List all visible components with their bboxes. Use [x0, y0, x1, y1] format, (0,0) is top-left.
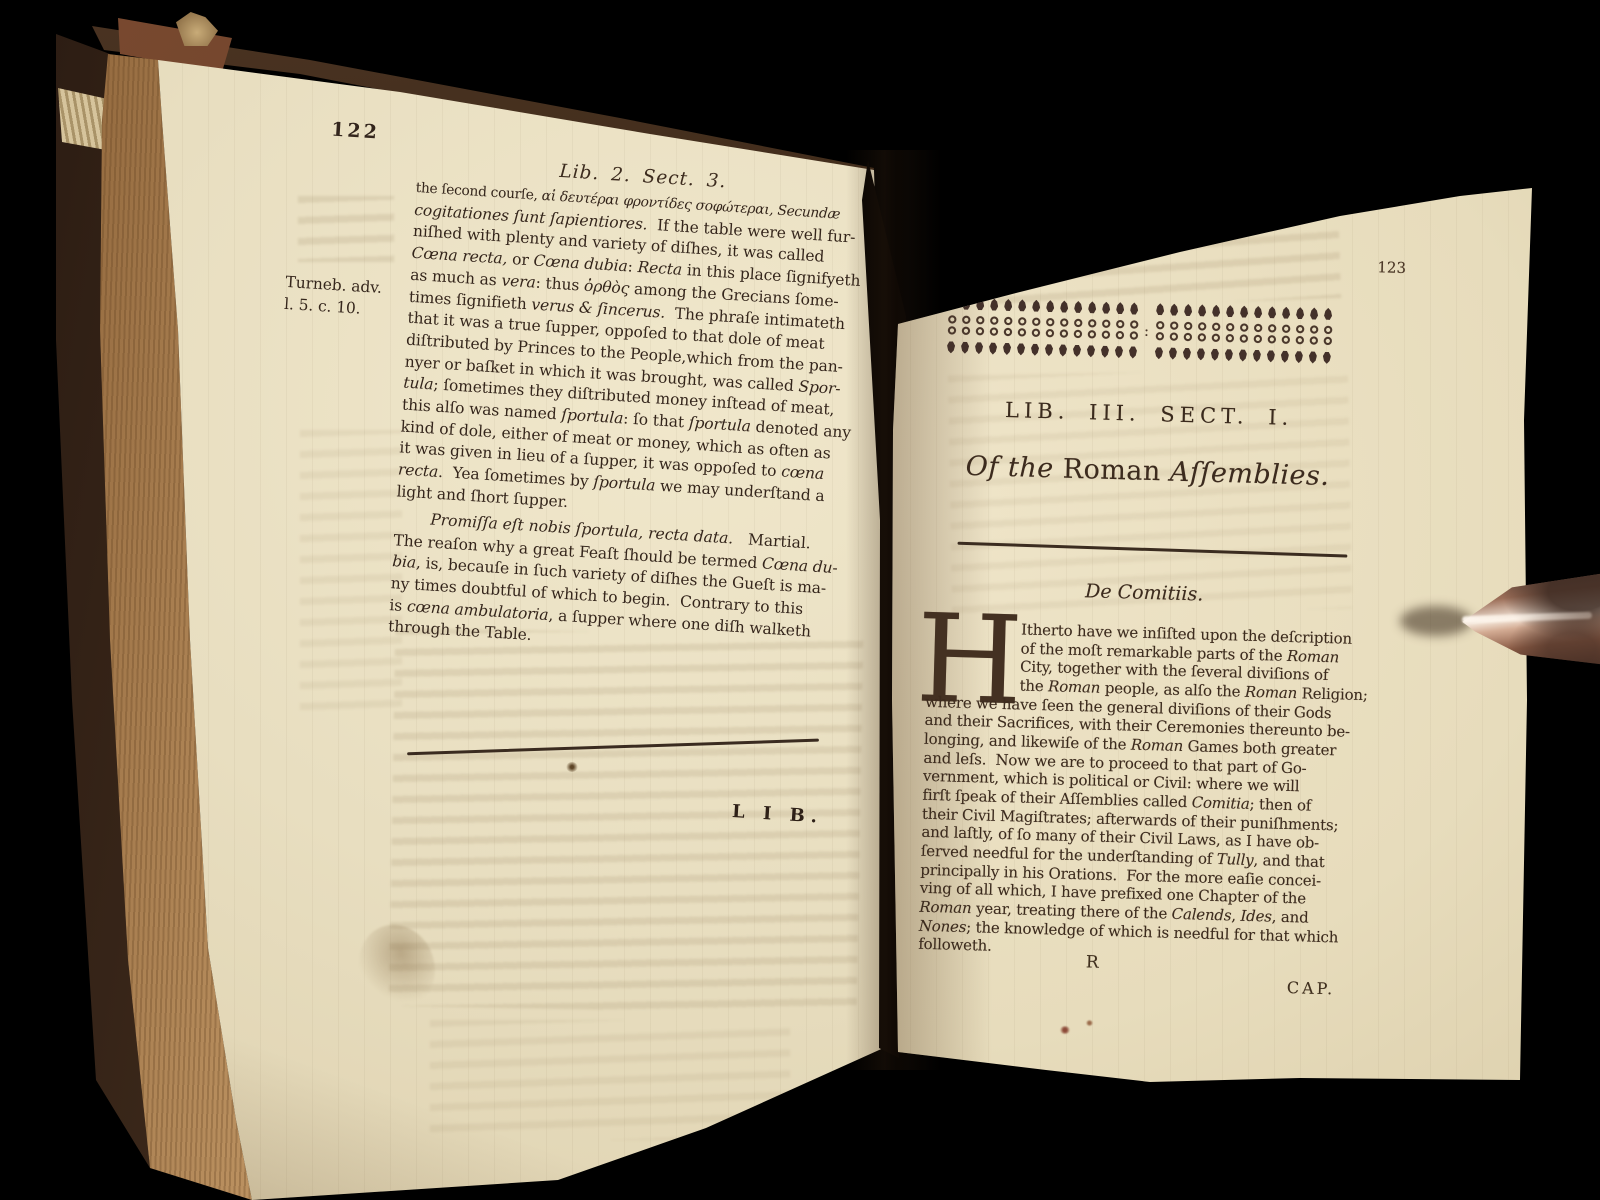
antique-book-photo: 122 Lib. 2. Sect. 3. Turneb. adv. l. 5. … — [0, 0, 1600, 1200]
page-number: 123 — [1377, 258, 1406, 277]
fleuron-icon — [1180, 303, 1195, 361]
fleuron-icon — [944, 296, 959, 354]
fleuron-icon — [1208, 304, 1223, 362]
fleuron-icon — [1070, 300, 1085, 358]
section-heading: LIB. III. SECT. I. — [933, 396, 1366, 432]
fleuron-icon — [1014, 298, 1029, 356]
fleuron-icon — [1194, 303, 1209, 361]
red-speck-stain — [1060, 1026, 1070, 1034]
fleuron-icon — [958, 297, 973, 355]
paragraph: Itherto have we inſiſted upon the deſcri… — [918, 618, 1359, 966]
fleuron-icon — [1098, 301, 1113, 359]
chapter-title: Of the Roman Aſſemblies. — [931, 450, 1364, 493]
fleuron-icon — [1166, 302, 1181, 360]
ornament-colon: : — [1140, 302, 1154, 360]
fleuron-icon — [972, 297, 987, 355]
separator-rule — [958, 542, 1348, 557]
fleuron-icon — [1320, 307, 1335, 365]
fleuron-icon — [1264, 305, 1279, 363]
fleuron-icon — [1236, 304, 1251, 362]
right-page-text-block: 123 : LIB. III. SECT. I. Of the Roman Aſ… — [916, 240, 1370, 1032]
fleuron-icon — [1292, 306, 1307, 364]
fleuron-icon — [1000, 298, 1015, 356]
fleuron-icon — [1056, 299, 1071, 357]
pointer-shadow — [1400, 606, 1472, 636]
catchword: CAP. — [1287, 978, 1336, 998]
fleuron-icon — [1222, 304, 1237, 362]
fleuron-ornament-band: : — [939, 296, 1340, 365]
fleuron-icon — [1042, 299, 1057, 357]
fleuron-icon — [986, 297, 1001, 355]
fleuron-icon — [1152, 302, 1167, 360]
fleuron-icon — [1250, 305, 1265, 363]
fleuron-icon — [1126, 301, 1141, 359]
fleuron-icon — [1028, 299, 1043, 357]
fleuron-icon — [1278, 306, 1293, 364]
signature-mark: R — [1086, 952, 1099, 972]
fleuron-icon — [1112, 301, 1127, 359]
fleuron-icon — [1084, 300, 1099, 358]
fleuron-icon — [1306, 306, 1321, 364]
